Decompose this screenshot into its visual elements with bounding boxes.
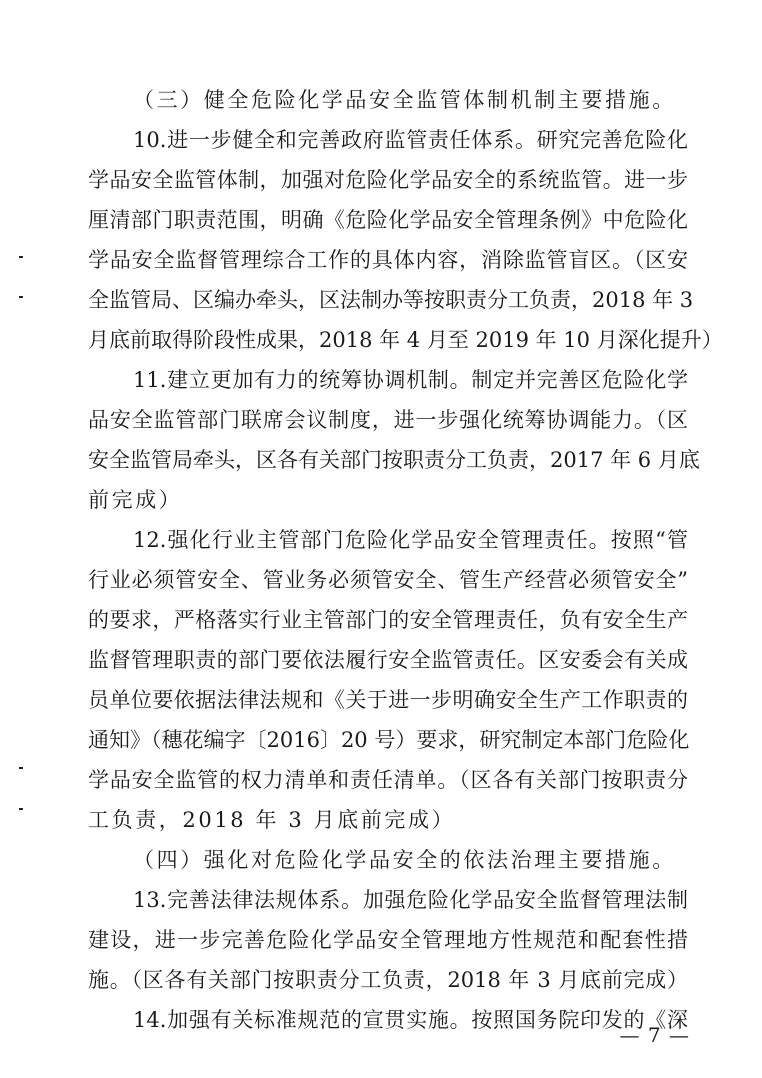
binding-mark bbox=[19, 808, 23, 810]
paragraph-line: 行业必须管安全、管业务必须管安全、管生产经营必须管安全” bbox=[88, 566, 688, 594]
paragraph-line: 前完成） bbox=[88, 486, 688, 514]
paragraph-line: 学品安全监督管理综合工作的具体内容，消除监管盲区。（区安 bbox=[88, 246, 688, 274]
paragraph-first-line: （三）健全危险化学品安全监管体制机制主要措施。 bbox=[133, 86, 688, 114]
paragraph-line: 监督管理职责的部门要依法履行安全监管责任。区安委会有关成 bbox=[88, 646, 688, 674]
binding-mark bbox=[19, 256, 23, 258]
paragraph-line: 学品安全监管的权力清单和责任清单。（区各有关部门按职责分 bbox=[88, 766, 688, 794]
paragraph-line: 厘清部门职责范围，明确《危险化学品安全管理条例》中危险化 bbox=[88, 206, 688, 234]
binding-mark bbox=[19, 296, 23, 298]
paragraph-line: 学品安全监管体制，加强对危险化学品安全的系统监管。进一步 bbox=[88, 166, 688, 194]
paragraph-first-line: 10.进一步健全和完善政府监管责任体系。研究完善危险化 bbox=[133, 126, 688, 154]
binding-mark bbox=[19, 767, 23, 769]
page-number: — 7 — bbox=[600, 1023, 690, 1047]
paragraph-line: 安全监管局牵头，区各有关部门按职责分工负责，2017 年 6 月底 bbox=[88, 446, 688, 474]
paragraph-line: 品安全监管部门联席会议制度，进一步强化统筹协调能力。（区 bbox=[88, 406, 688, 434]
paragraph-line: 的要求，严格落实行业主管部门的安全管理责任，负有安全生产 bbox=[88, 606, 688, 634]
paragraph-line: 建设，进一步完善危险化学品安全管理地方性规范和配套性措 bbox=[88, 926, 688, 954]
paragraph-line: 工负责，2018 年 3 月底前完成） bbox=[88, 806, 688, 834]
paragraph-first-line: （四）强化对危险化学品安全的依法治理主要措施。 bbox=[133, 846, 688, 874]
paragraph-line: 全监管局、区编办牵头，区法制办等按职责分工负责，2018 年 3 bbox=[88, 286, 688, 314]
document-page: （三）健全危险化学品安全监管体制机制主要措施。10.进一步健全和完善政府监管责任… bbox=[0, 0, 762, 1078]
paragraph-line: 施。（区各有关部门按职责分工负责，2018 年 3 月底前完成） bbox=[88, 966, 688, 994]
paragraph-line: 月底前取得阶段性成果，2018 年 4 月至 2019 年 10 月深化提升） bbox=[88, 326, 688, 354]
paragraph-line: 通知》（穗花编字〔2016〕20 号）要求，研究制定本部门危险化 bbox=[88, 726, 688, 754]
paragraph-first-line: 13.完善法律法规体系。加强危险化学品安全监督管理法制 bbox=[133, 886, 688, 914]
paragraph-first-line: 12.强化行业主管部门危险化学品安全管理责任。按照“管 bbox=[133, 526, 688, 554]
paragraph-first-line: 11.建立更加有力的统筹协调机制。制定并完善区危险化学 bbox=[133, 366, 688, 394]
paragraph-line: 员单位要依据法律法规和《关于进一步明确安全生产工作职责的 bbox=[88, 686, 688, 714]
